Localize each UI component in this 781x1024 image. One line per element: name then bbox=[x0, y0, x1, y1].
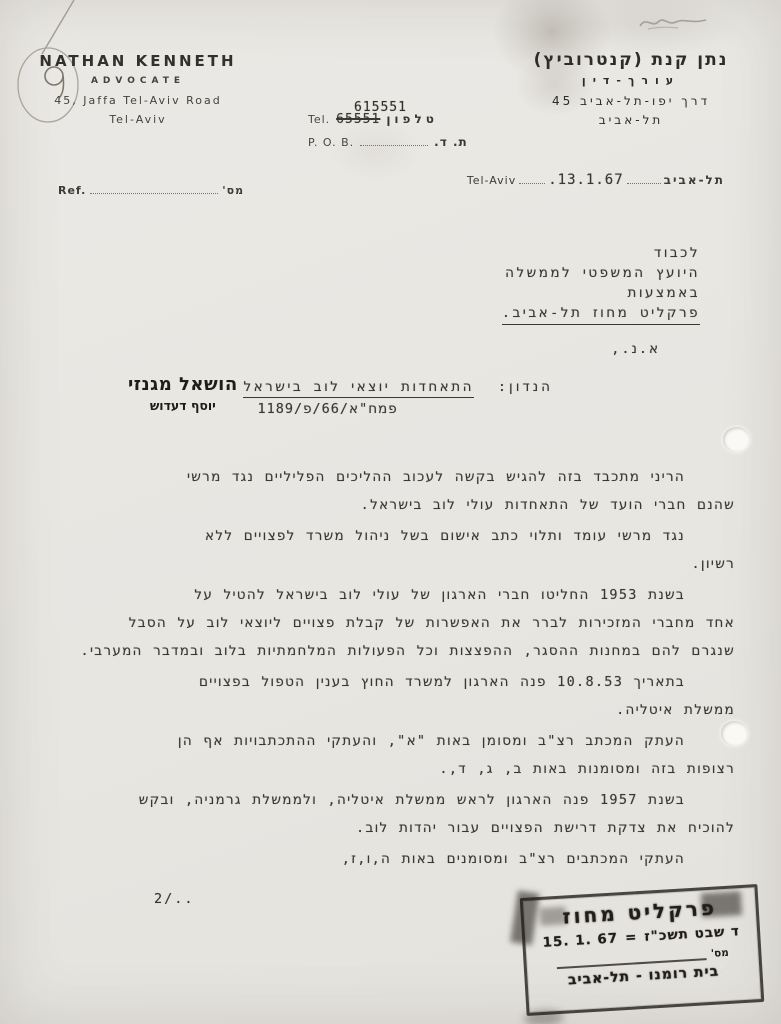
paper-stain bbox=[560, 0, 740, 55]
tel-label-en: Tel. bbox=[308, 113, 330, 126]
city-label-he: תל-אביב bbox=[664, 173, 725, 187]
letterhead-en-name: NATHAN KENNETH bbox=[38, 52, 238, 70]
recipient-underlined: פרקליט מחוז תל-אביב. bbox=[502, 303, 700, 325]
scanned-letter-page: NATHAN KENNETH ADVOCATE 45, Jaffa Tel-Av… bbox=[0, 0, 781, 1024]
ref-label-en: Ref. bbox=[58, 184, 86, 197]
pob-label-en: P. O. B. bbox=[308, 136, 354, 149]
body-line: נגד מרשי עומד ותלוי כתב אישום בשל ניהול … bbox=[60, 522, 735, 550]
body-line: רצופות בזה ומסומנות באות ב, ג, ד,. bbox=[60, 755, 735, 783]
letterhead-en-address: 45, Jaffa Tel-Aviv Road bbox=[38, 94, 238, 107]
annotation-line2: יוסף דעדוש bbox=[128, 398, 238, 413]
body-line: ממשלת איטליה. bbox=[60, 696, 735, 724]
recipient-line: באמצעות bbox=[502, 283, 700, 303]
contact-block: 615551 Tel. 65551 טלפון P. O. B. ת. ד. bbox=[308, 112, 468, 149]
letterhead-en-title: ADVOCATE bbox=[38, 76, 238, 86]
letterhead-he-title: עורך-דין bbox=[521, 74, 741, 87]
pob-label-he: ת. ד. bbox=[434, 135, 468, 149]
letterhead-en-city: Tel-Aviv bbox=[38, 113, 238, 126]
city-label-en: Tel-Aviv bbox=[467, 174, 516, 187]
subject-label: הנדון: bbox=[498, 379, 553, 395]
stamp-date-hebrew: ד שבט תשכ"ז bbox=[644, 923, 740, 945]
letterhead-hebrew: נתן קנת (קנטרוביץ) עורך-דין דרך יפו-תל-א… bbox=[521, 50, 741, 127]
annotation-line1: הושאל מגנזי bbox=[128, 374, 238, 395]
body-line: בשנת 1953 החליטו חברי הארגון של עולי לוב… bbox=[60, 581, 735, 609]
ref-label-he: מס' bbox=[222, 184, 244, 197]
subject-row: הנדון: התאחדות יוצאי לוב בישראל פמח"א/66… bbox=[243, 379, 553, 417]
pencil-scribble bbox=[638, 10, 712, 34]
subject-file-number: פמח"א/66/פ/1189 bbox=[243, 401, 397, 417]
letterhead-he-address: דרך יפו-תל-אביב 45 bbox=[521, 94, 741, 108]
body-line: רשיון. bbox=[60, 550, 735, 578]
ink-blob bbox=[539, 906, 566, 926]
letterhead-he-city: תל-אביב bbox=[521, 113, 741, 127]
letter-body: הריני מתכבד בזה להגיש בקשה לעכוב ההליכים… bbox=[60, 460, 735, 873]
body-line: שנגרם להם במחנות ההסגר, ההפצצות וכל הפעו… bbox=[60, 637, 735, 665]
body-line: שהנם חברי הועד של התאחדות עולי לוב בישרא… bbox=[60, 491, 735, 519]
body-line: העתק המכתב רצ"ב ומסומן באות "א", והעתקי … bbox=[60, 727, 735, 755]
received-stamp: פרקליט מחוז ד שבט תשכ"ז = 15. 1. 67 מס' … bbox=[520, 884, 765, 1016]
letterhead-he-name: נתן קנת (קנטרוביץ) bbox=[521, 50, 741, 70]
subject-title: התאחדות יוצאי לוב בישראל bbox=[243, 379, 473, 398]
letterhead-english: NATHAN KENNETH ADVOCATE 45, Jaffa Tel-Av… bbox=[38, 52, 238, 126]
reference-row: Ref. מס' bbox=[58, 180, 244, 197]
body-line: בשנת 1957 פנה הארגון לראש ממשלת איטליה, … bbox=[60, 786, 735, 814]
subject-stack: התאחדות יוצאי לוב בישראל פמח"א/66/פ/1189 bbox=[243, 379, 473, 417]
punch-hole bbox=[723, 427, 750, 452]
body-line: להוכיח את צדקת דרישת הפצויים עבור יהדות … bbox=[60, 814, 735, 842]
typed-date: .13.1.67 bbox=[548, 172, 623, 188]
body-line: העתקי המכתבים רצ"ב ומסומנים באות ה,ו,ז, bbox=[60, 845, 735, 873]
recipient-block: לכבוד היועץ המשפטי לממשלה באמצעות פרקליט… bbox=[502, 243, 700, 325]
recipient-line: פרקליט מחוז תל-אביב. bbox=[502, 303, 700, 325]
salutation: א.נ., bbox=[611, 341, 660, 357]
recipient-line: היועץ המשפטי לממשלה bbox=[502, 263, 700, 283]
dotted-line bbox=[627, 170, 661, 184]
stamp-equals: = bbox=[625, 929, 638, 946]
stamp-number-label: מס' bbox=[711, 947, 730, 960]
dotted-line bbox=[90, 180, 218, 194]
phone-number-corrected: 615551 bbox=[354, 100, 407, 115]
ink-blob bbox=[701, 891, 742, 917]
dotted-line bbox=[519, 170, 545, 184]
dotted-line bbox=[360, 137, 428, 146]
pob-row: P. O. B. ת. ד. bbox=[308, 135, 468, 149]
stamp-date-gregorian: 15. 1. 67 bbox=[542, 930, 618, 950]
recipient-line: לכבוד bbox=[502, 243, 700, 263]
stamp-office-text: פרקליט מחוז bbox=[562, 896, 718, 929]
body-line: הריני מתכבד בזה להגיש בקשה לעכוב ההליכים… bbox=[60, 463, 735, 491]
body-line: בתאריך 10.8.53 פנה הארגון למשרד החוץ בענ… bbox=[60, 668, 735, 696]
handwritten-annotation: הושאל מגנזי יוסף דעדוש bbox=[128, 374, 238, 413]
date-row: Tel-Aviv .13.1.67 תל-אביב bbox=[467, 170, 725, 188]
page-continuation-marker: 2/.. bbox=[154, 891, 195, 907]
body-line: אחד מחברי המזכירות לברר את האפשרות של קב… bbox=[60, 609, 735, 637]
